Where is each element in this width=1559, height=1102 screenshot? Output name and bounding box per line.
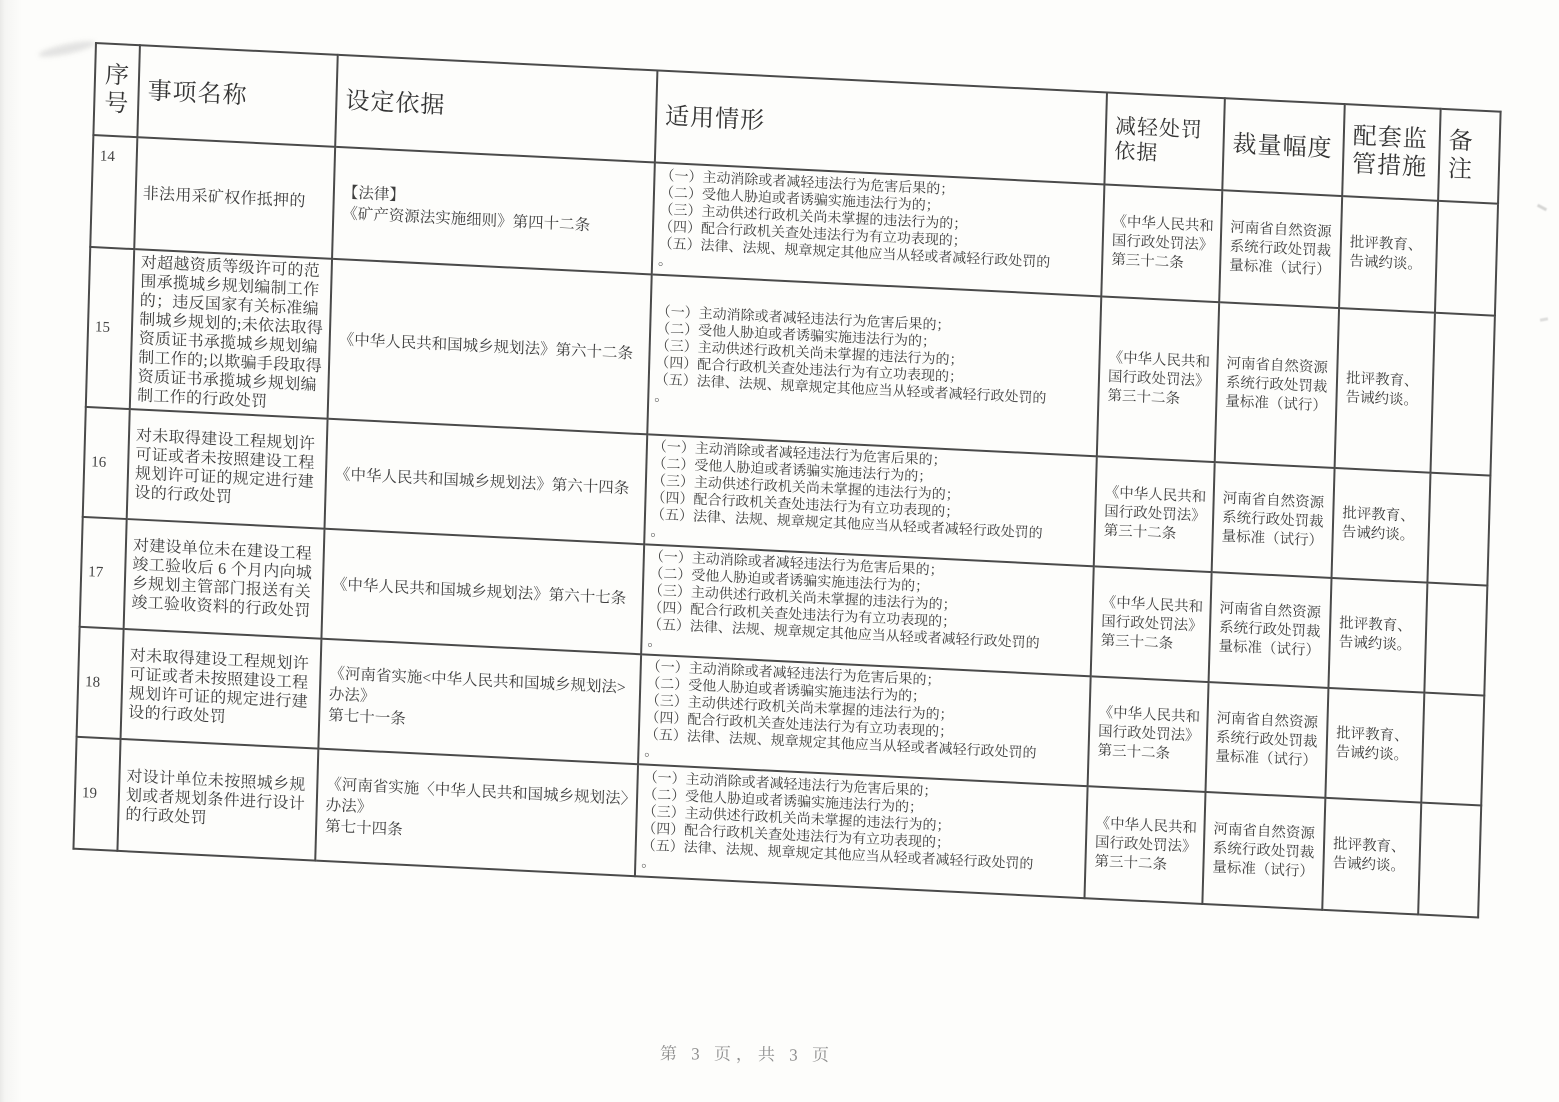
cell-supervision-measures: 批评教育、告诫约谈。 [1339, 196, 1438, 313]
cell-mitigation-basis: 《中华人民共和国行政处罚法》第三十二条 [1088, 676, 1209, 792]
cell-supervision-measures: 批评教育、告诫约谈。 [1325, 688, 1424, 803]
cell-item-name: 对建设单位未在建设工程竣工验收后 6 个月内向城乡规划主管部门报送有关竣工验收资… [124, 519, 325, 639]
cell-discretion-range: 河南省自然资源系统行政处罚裁量标准（试行） [1205, 682, 1328, 798]
cell-serial: 17 [80, 517, 127, 629]
penalty-discretion-table: 序号 事项名称 设定依据 适用情形 减轻处罚依据 裁量幅度 配套监管措施 备注 … [72, 42, 1501, 918]
table-body: 14 非法用采矿权作抵押的 【法律】 《矿产资源法实施细则》第四十二条 （一）主… [73, 135, 1498, 917]
cell-serial: 16 [83, 407, 130, 519]
cell-discretion-range: 河南省自然资源系统行政处罚裁量标准（试行） [1219, 190, 1342, 308]
legal-basis-line: 《中华人民共和国城乡规划法》第六十七条 [332, 574, 638, 610]
cell-remarks [1427, 473, 1490, 586]
header-discretion-range: 裁量幅度 [1222, 98, 1344, 196]
cell-serial: 15 [86, 247, 134, 409]
cell-mitigation-basis: 《中华人民共和国行政处罚法》第三十二条 [1101, 184, 1222, 302]
header-supervision-measures: 配套监管措施 [1342, 104, 1440, 201]
cell-serial: 19 [73, 737, 120, 851]
cell-discretion-range: 河南省自然资源系统行政处罚裁量标准（试行） [1215, 302, 1339, 468]
cell-serial: 14 [90, 135, 137, 249]
cell-remarks [1430, 313, 1494, 476]
cell-remarks [1424, 583, 1487, 696]
cell-mitigation-basis: 《中华人民共和国行政处罚法》第三十二条 [1094, 456, 1215, 572]
cell-applicable-situations: （一）主动消除或者减轻违法行为危害后果的； （二）受他人胁迫或者诱骗实施违法行为… [635, 764, 1088, 898]
cell-remarks [1435, 201, 1498, 316]
header-item-name: 事项名称 [137, 45, 337, 147]
scan-artifact [1540, 317, 1548, 321]
cell-item-name: 对未取得建设工程规划许可证或者未按照建设工程规划许可证的规定进行建设的行政处罚 [127, 409, 328, 529]
cell-supervision-measures: 批评教育、告诫约谈。 [1328, 578, 1427, 693]
scanned-document-page: 序号 事项名称 设定依据 适用情形 减轻处罚依据 裁量幅度 配套监管措施 备注 … [0, 0, 1559, 1102]
cell-applicable-situations: （一）主动消除或者减轻违法行为危害后果的； （二）受他人胁迫或者诱骗实施违法行为… [641, 544, 1094, 676]
header-legal-basis: 设定依据 [335, 55, 657, 163]
penalty-discretion-table-wrap: 序号 事项名称 设定依据 适用情形 减轻处罚依据 裁量幅度 配套监管措施 备注 … [72, 42, 1501, 918]
cell-applicable-situations: （一）主动消除或者减轻违法行为危害后果的； （二）受他人胁迫或者诱骗实施违法行为… [647, 274, 1101, 456]
cell-item-name: 对超越资质等级许可的范围承揽城乡规划编制工作的；违反国家有关标准编制城乡规划的;… [130, 249, 332, 419]
cell-supervision-measures: 批评教育、告诫约谈。 [1322, 798, 1421, 915]
legal-basis-line: 《中华人民共和国城乡规划法》第六十二条 [339, 329, 645, 365]
cell-applicable-situations: （一）主动消除或者减轻违法行为危害后果的； （二）受他人胁迫或者诱骗实施违法行为… [644, 434, 1097, 566]
scan-smudge-artifact [38, 38, 97, 60]
legal-basis-line: 《中华人民共和国城乡规划法》第六十四条 [335, 464, 641, 500]
cell-legal-basis: 《中华人民共和国城乡规划法》第六十四条 [325, 419, 648, 545]
page-number: 第 3 页，共 3 页 [660, 1039, 834, 1066]
cell-serial: 18 [77, 627, 124, 739]
header-serial: 序号 [93, 43, 140, 137]
cell-discretion-range: 河南省自然资源系统行政处罚裁量标准（试行） [1209, 572, 1332, 688]
cell-item-name: 非法用采矿权作抵押的 [134, 137, 335, 259]
cell-item-name: 对设计单位未按照城乡规划或者规划条件进行设计的行政处罚 [117, 739, 318, 861]
cell-remarks [1421, 693, 1484, 806]
cell-supervision-measures: 批评教育、告诫约谈。 [1332, 468, 1431, 583]
header-mitigation-basis: 减轻处罚依据 [1104, 92, 1224, 190]
scan-artifact [1537, 204, 1547, 211]
cell-mitigation-basis: 《中华人民共和国行政处罚法》第三十二条 [1084, 786, 1205, 904]
cell-legal-basis: 《中华人民共和国城乡规划法》第六十二条 [328, 259, 652, 435]
cell-applicable-situations: （一）主动消除或者减轻违法行为危害后果的； （二）受他人胁迫或者诱骗实施违法行为… [638, 654, 1091, 786]
cell-legal-basis: 《河南省实施<中华人民共和国城乡规划法>办法》 第七十一条 [318, 639, 641, 765]
cell-remarks [1418, 803, 1481, 918]
cell-legal-basis: 【法律】 《矿产资源法实施细则》第四十二条 [332, 147, 655, 275]
cell-applicable-situations: （一）主动消除或者减轻违法行为危害后果的； （二）受他人胁迫或者诱骗实施违法行为… [652, 162, 1105, 296]
cell-discretion-range: 河南省自然资源系统行政处罚裁量标准（试行） [1202, 792, 1325, 910]
cell-legal-basis: 《河南省实施〈中华人民共和国城乡规划法〉办法》 第七十四条 [315, 749, 638, 877]
cell-supervision-measures: 批评教育、告诫约谈。 [1335, 308, 1435, 473]
cell-mitigation-basis: 《中华人民共和国行政处罚法》第三十二条 [1091, 566, 1212, 682]
header-remarks: 备注 [1438, 109, 1501, 204]
cell-discretion-range: 河南省自然资源系统行政处罚裁量标准（试行） [1212, 462, 1335, 578]
cell-legal-basis: 《中华人民共和国城乡规划法》第六十七条 [321, 529, 644, 655]
cell-item-name: 对未取得建设工程规划许可证或者未按照建设工程规划许可证的规定进行建设的行政处罚 [121, 629, 322, 749]
cell-mitigation-basis: 《中华人民共和国行政处罚法》第三十二条 [1097, 296, 1219, 462]
